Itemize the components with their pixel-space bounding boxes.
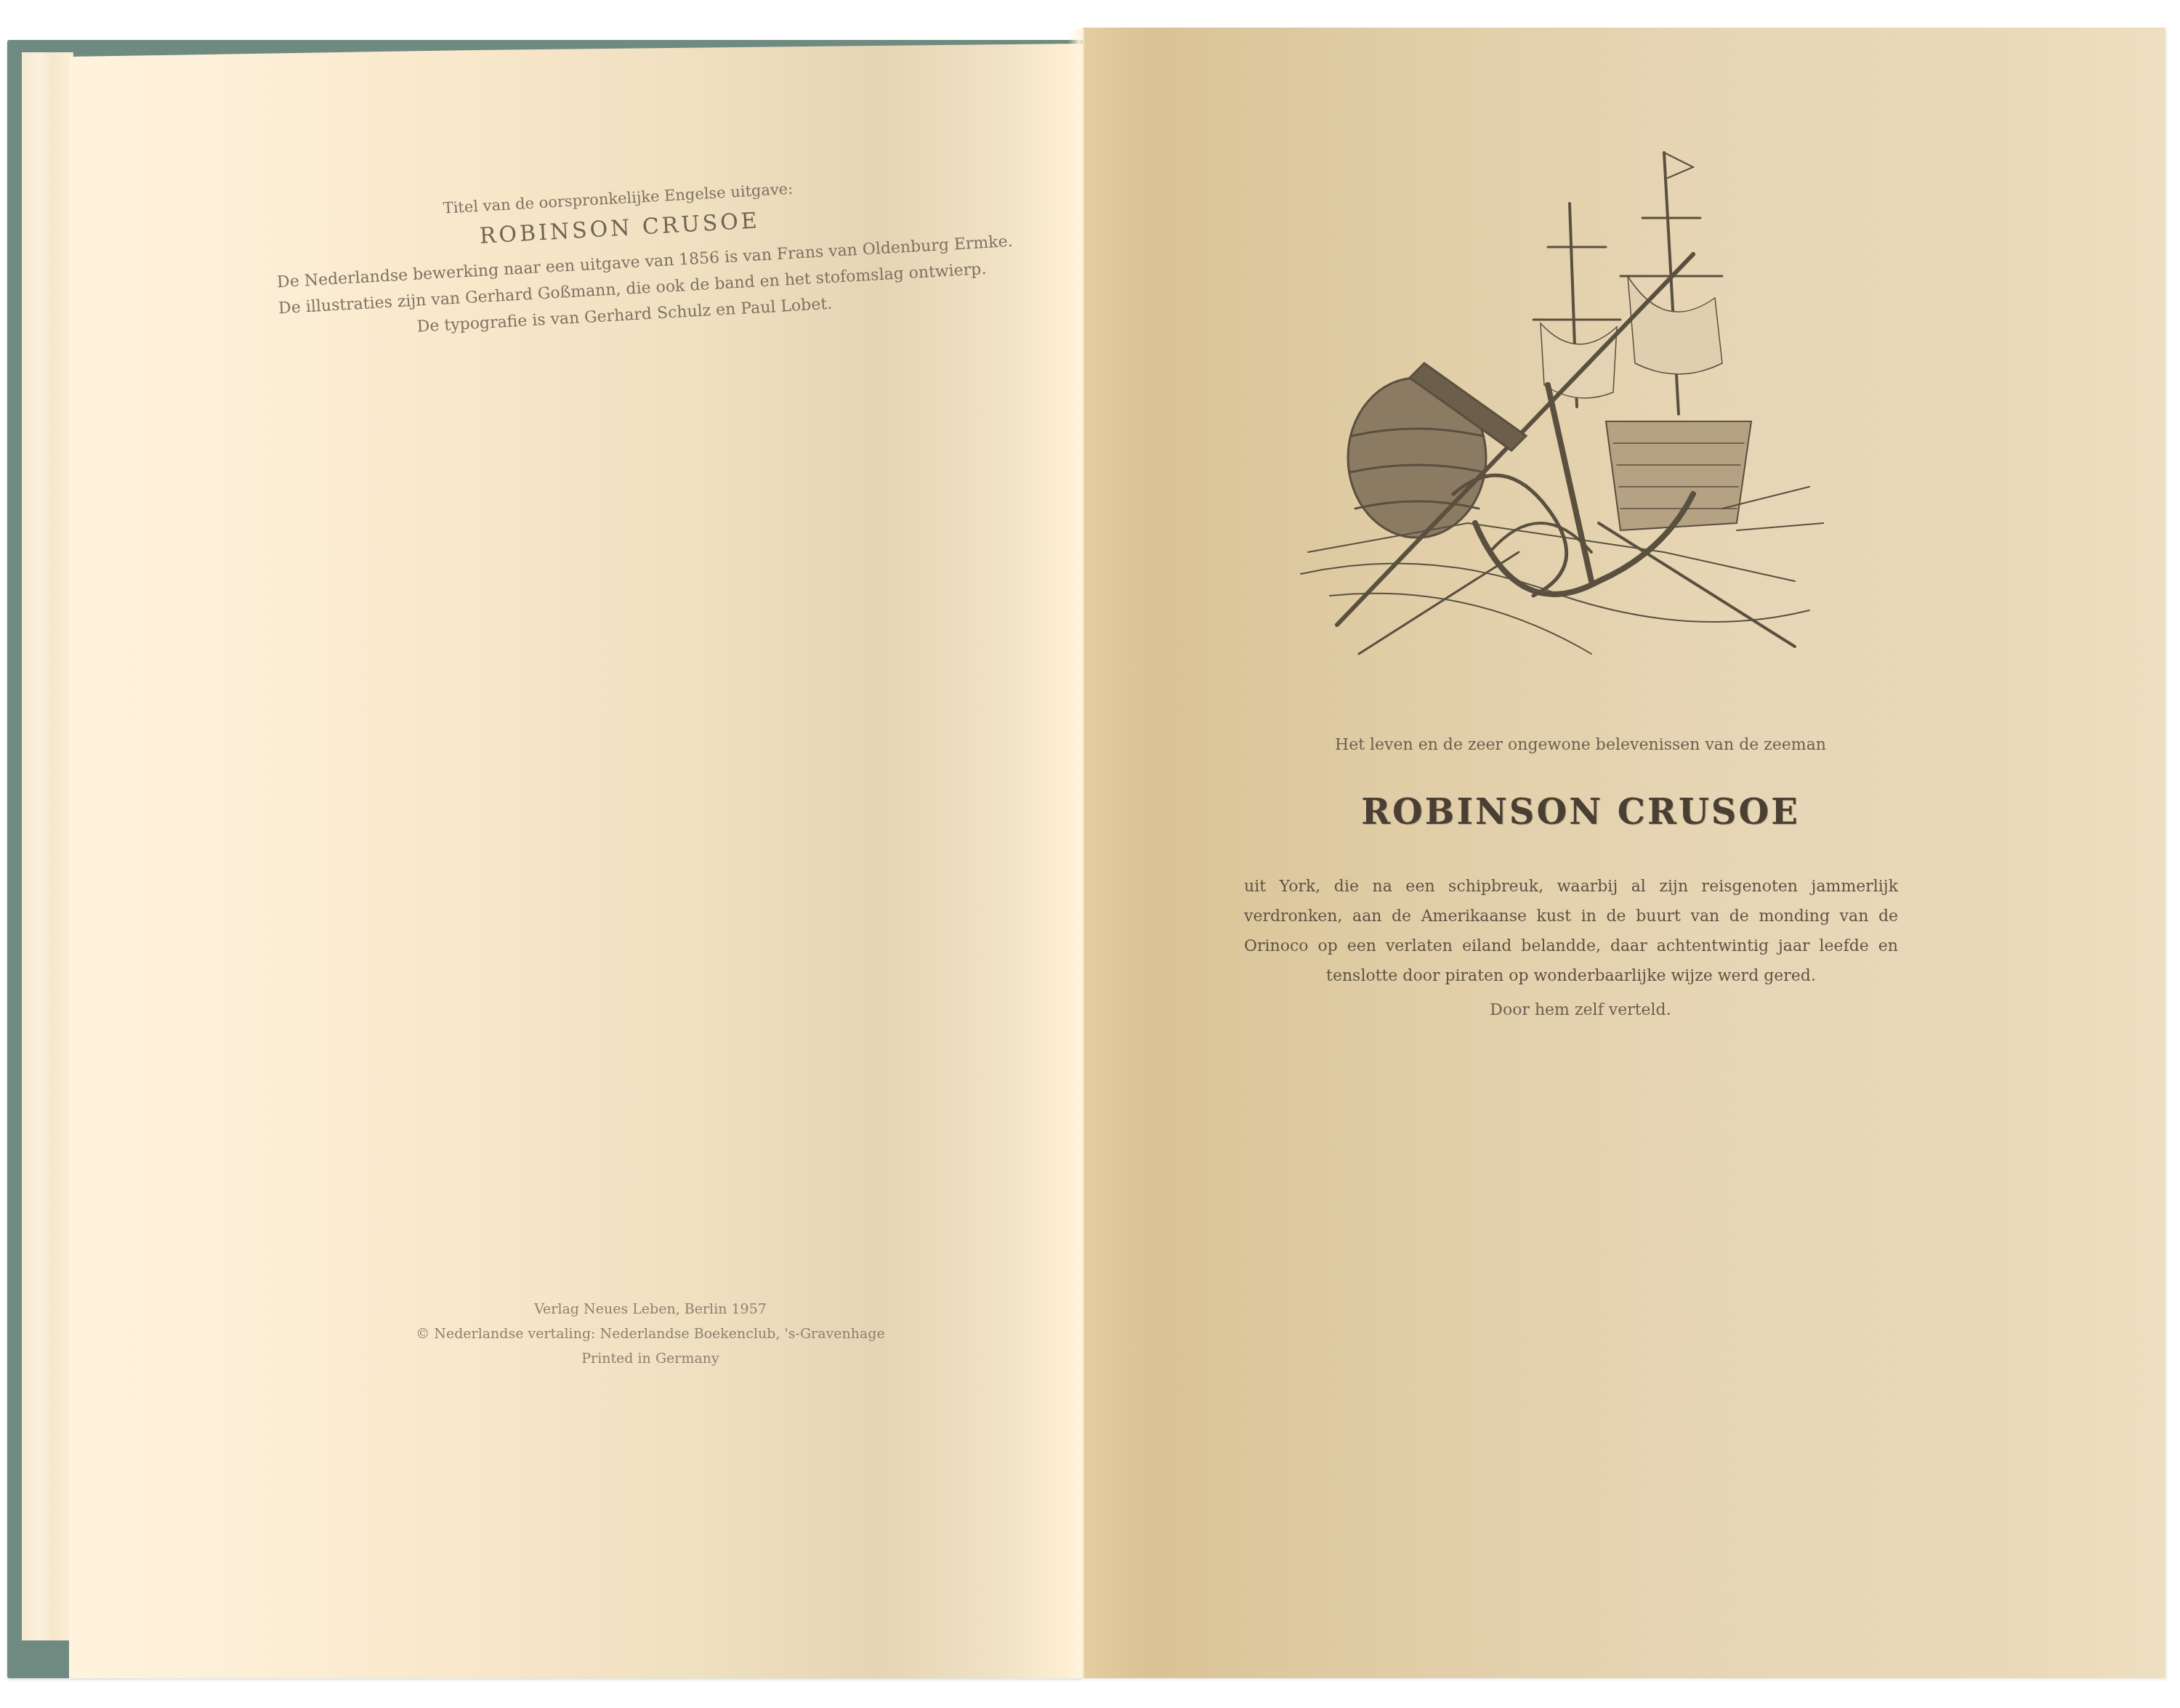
gutter bbox=[1068, 29, 1084, 1678]
book-title: ROBINSON CRUSOE bbox=[1235, 792, 1926, 833]
copyright-line: © Nederlandse vertaling: Nederlandse Boe… bbox=[342, 1322, 959, 1346]
page-stack-edge bbox=[22, 52, 73, 1640]
publisher-imprint: Verlag Neues Leben, Berlin 1957 © Nederl… bbox=[342, 1297, 959, 1371]
ship-illustration-icon bbox=[1286, 145, 1824, 668]
printed-in-line: Printed in Germany bbox=[342, 1346, 959, 1371]
open-book: Titel van de oorspronkelijke Engelse uit… bbox=[0, 0, 2180, 1708]
title-description: uit York, die na een schipbreuk, waarbij… bbox=[1244, 872, 1898, 991]
narrator-note: Door hem zelf verteld. bbox=[1235, 1001, 1926, 1019]
title-intro: Het leven en de zeer ongewone beleveniss… bbox=[1235, 736, 1926, 754]
publisher-line: Verlag Neues Leben, Berlin 1957 bbox=[342, 1297, 959, 1322]
